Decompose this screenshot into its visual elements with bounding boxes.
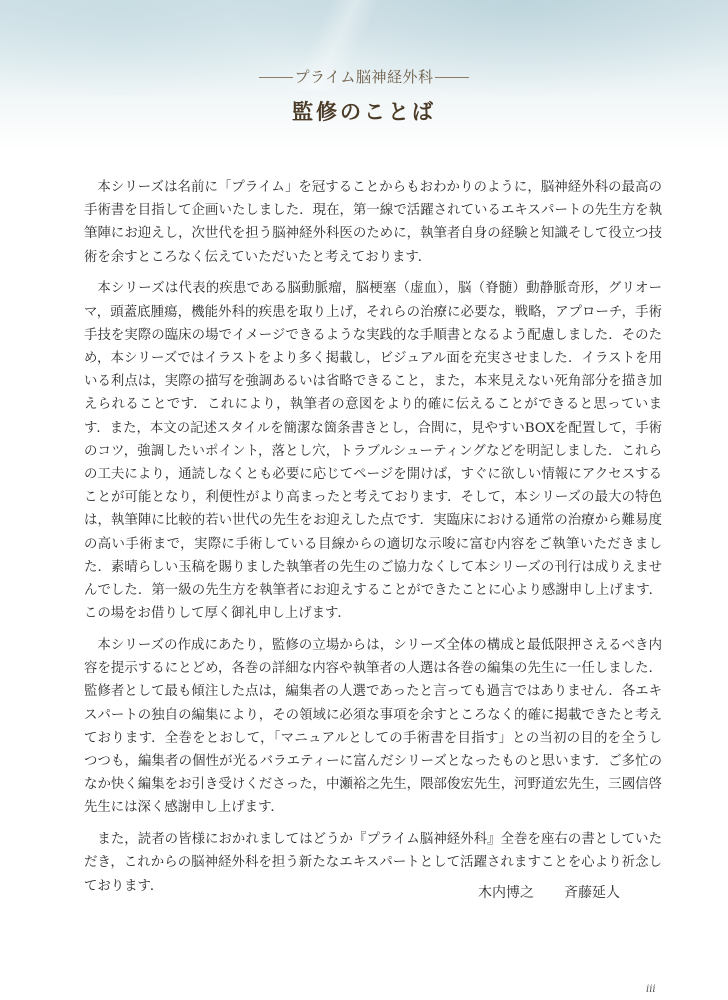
paragraph-3: 本シリーズの作成にあたり，監修の立場からは，シリーズ全体の構成と最低限押さえるべ…: [84, 634, 662, 820]
signature-block: 木内博之斉藤延人: [478, 882, 620, 902]
series-heading: プライム脳神経外科: [0, 66, 728, 87]
paragraph-1: 本シリーズは名前に「プライム」を冠することからもおわかりのように，脳神経外科の最…: [84, 176, 662, 269]
signature-name-1: 木内博之: [478, 885, 534, 901]
document-body: 本シリーズは名前に「プライム」を冠することからもおわかりのように，脳神経外科の最…: [84, 176, 662, 906]
series-name: プライム脳神経外科: [294, 68, 433, 86]
paragraph-2: 本シリーズは代表的疾患である脳動脈瘤，脳梗塞（虚血），脳（脊髄）動静脈奇形，グリ…: [84, 277, 662, 625]
decorative-rule-left: [259, 77, 293, 78]
page-number: iii: [646, 984, 656, 995]
page-title: 監修のことば: [0, 96, 728, 126]
decorative-rule-right: [435, 77, 469, 78]
signature-name-2: 斉藤延人: [564, 885, 620, 901]
